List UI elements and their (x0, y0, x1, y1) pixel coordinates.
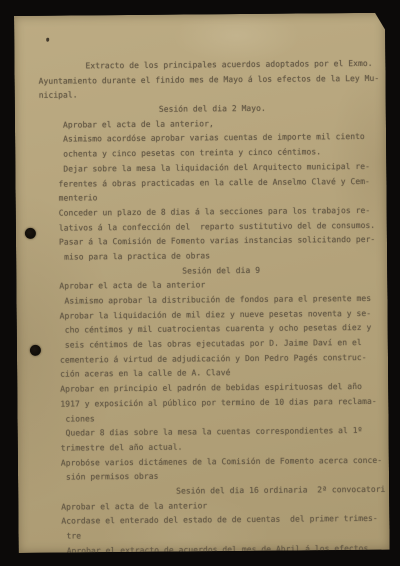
scan-background: Extracto de los principales acuerdos ado… (0, 0, 400, 566)
session-heading: Sesión del dia 16 ordinaria 2ª convocato… (176, 483, 389, 500)
document-page: Extracto de los principales acuerdos ado… (14, 13, 390, 553)
text-line: ferentes á obras practicadas en la calle… (58, 174, 386, 192)
text-line: 1917 y exposición al público por termino… (60, 395, 388, 413)
document-lines: Extracto de los principales acuerdos ado… (14, 57, 389, 560)
text-line: Acordase el enterado del estado de de cu… (61, 512, 389, 530)
ink-speck (46, 38, 49, 42)
text-line: Pasar á la Comisión de Fomento varias in… (59, 233, 387, 251)
text-line: Asimismo acordóse aprobar varias cuentas… (63, 130, 386, 148)
folded-corner (370, 12, 386, 34)
text-line: Quedar 8 dias sobre la mesa la cuentas c… (66, 424, 389, 442)
text-line: Aprobar el extracto de acuerdos del mes … (67, 541, 390, 559)
